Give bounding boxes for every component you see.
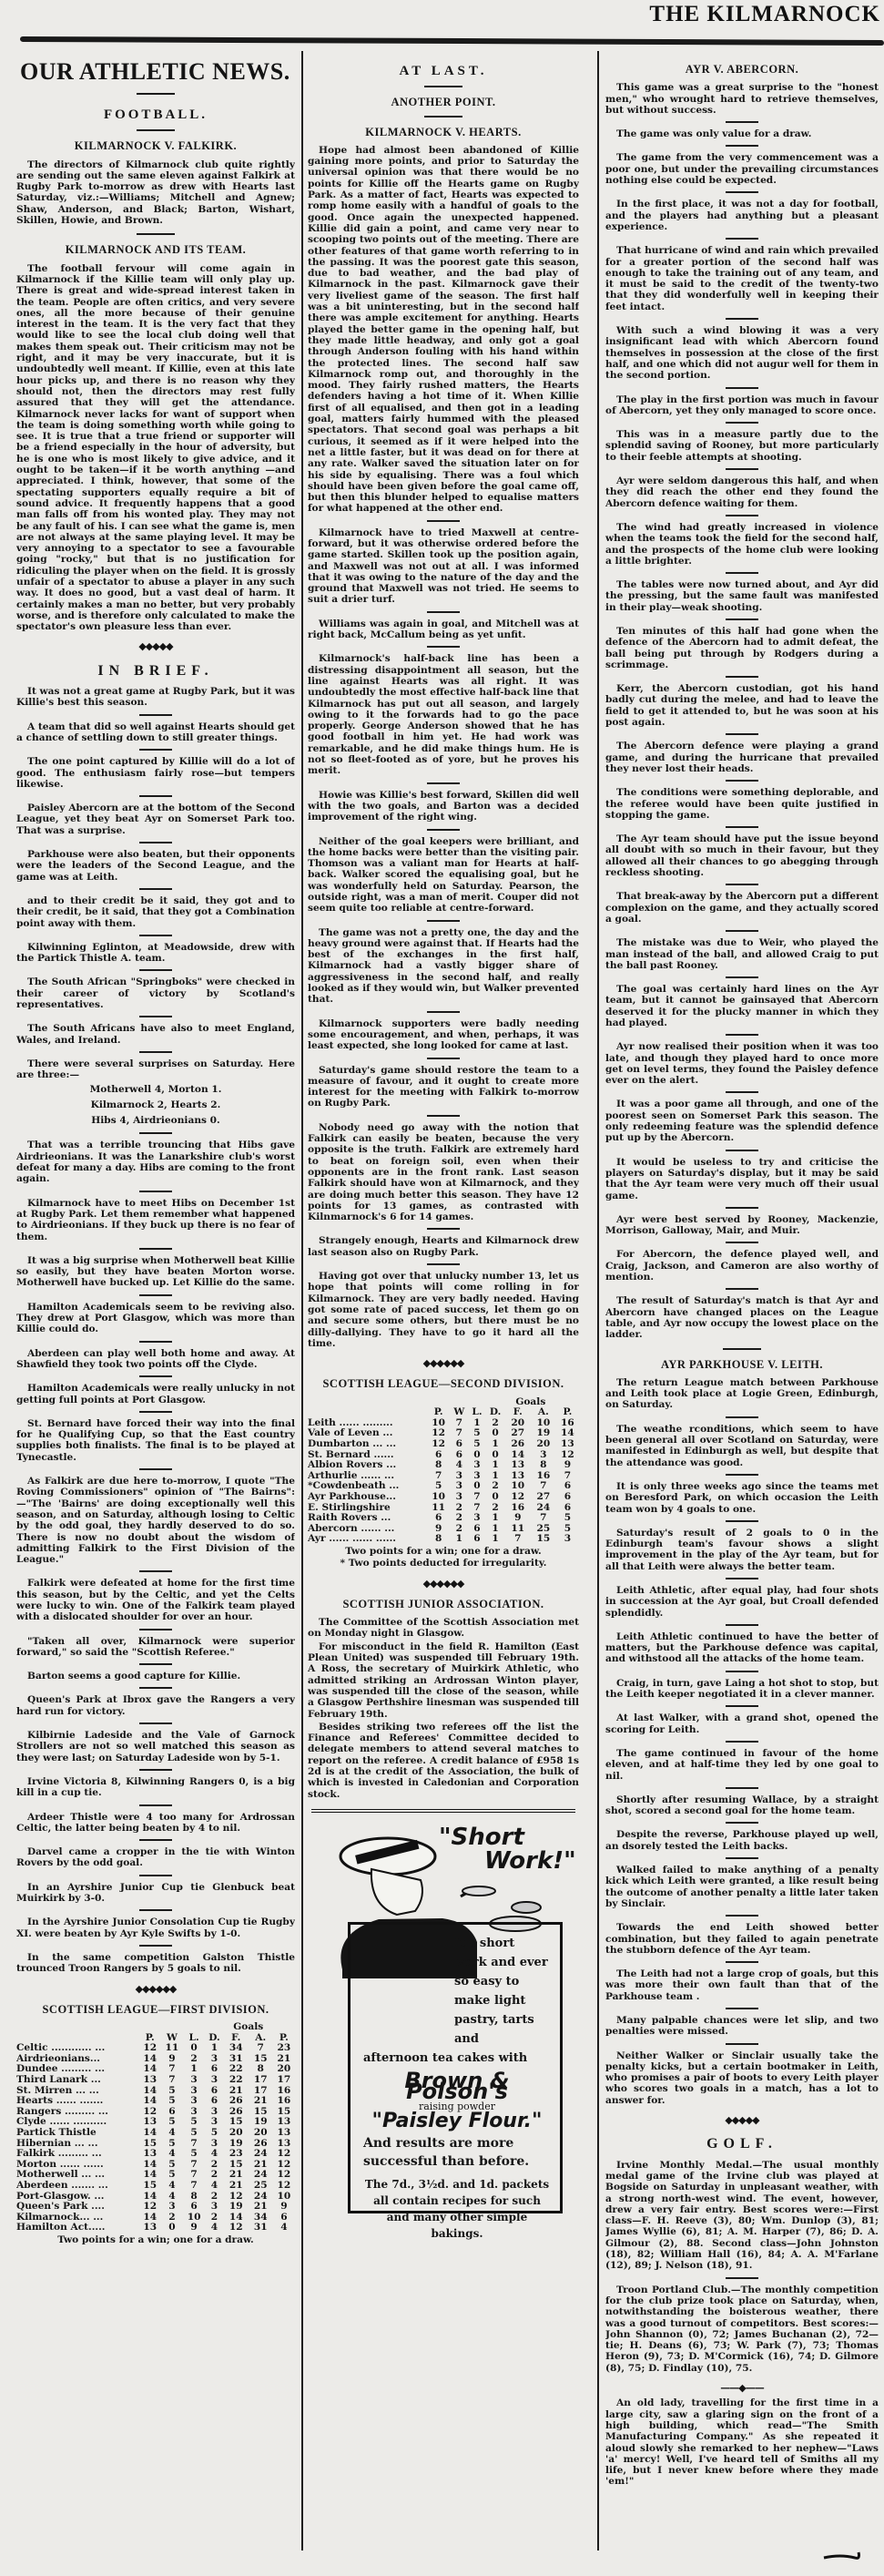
divider: [139, 1294, 172, 1296]
article-paragraph: The play in the first portion was much i…: [605, 394, 879, 417]
stat-cell: 12: [224, 2223, 249, 2234]
table-row: E. Stirlingshire1127216246: [308, 1503, 579, 1514]
stat-cell: 27: [531, 1492, 556, 1503]
ad-body: It's short work and ever so easy to make…: [363, 1934, 551, 2049]
stat-cell: 8: [427, 1534, 450, 1545]
divider: [726, 1705, 758, 1707]
article-paragraph: The goal was certainly hard lines on the…: [605, 984, 879, 1028]
article-paragraph: The tables were now turned about, and Ay…: [605, 579, 879, 613]
stat-cell: 0: [161, 2223, 183, 2234]
divider: [726, 976, 758, 978]
article-paragraph: Saturday's result of 2 goals to 0 in the…: [605, 1528, 879, 1572]
league-table-first-division: GoalsP.WL.D.F.A.P.Celtic ............ ..…: [16, 2022, 295, 2234]
article-paragraph: Nobody need go away with the notion that…: [308, 1122, 579, 1223]
ad-headline-line: Work!": [439, 1849, 576, 1873]
team-name: Clyde ...... ..........: [16, 2117, 139, 2128]
article-paragraph: In the same competition Galston Thistle …: [16, 1952, 295, 1975]
stat-cell: 7: [505, 1534, 531, 1545]
brief-items: It was not a great game at Rugby Park, b…: [16, 686, 295, 1080]
divider: [726, 1288, 758, 1290]
team-name: Leith ...... .........: [308, 1418, 427, 1429]
article-paragraph: At last Walker, with a grand shot, opene…: [605, 1712, 879, 1735]
team-name: Morton ...... ......: [16, 2160, 139, 2171]
stat-cell: 6: [556, 1492, 579, 1503]
team-name: Partick Thistle: [16, 2128, 139, 2139]
divider: [726, 1150, 758, 1151]
stat-cell: 15: [139, 2181, 161, 2192]
heading-kilmarnock-v-hearts: KILMARNOCK v. HEARTS.: [308, 127, 579, 138]
article-paragraph: The game was only value for a draw.: [605, 128, 879, 139]
team-name: Aberdeen ....... ...: [16, 2181, 139, 2192]
team-name: Third Lanark ...: [16, 2075, 139, 2086]
stat-cell: 4: [161, 2181, 183, 2192]
stat-cell: 25: [249, 2181, 273, 2192]
heading-ayr-v-abercorn: AYR V. ABERCORN.: [605, 64, 879, 75]
article-paragraph: Aberdeen can play well both home and awa…: [16, 1348, 295, 1371]
divider: [424, 116, 462, 118]
stat-cell: 3: [450, 1492, 468, 1503]
divider: [139, 1769, 172, 1771]
article-paragraph: Neither Walker or Sinclair usually take …: [605, 2050, 879, 2106]
divider: [139, 888, 172, 890]
stat-cell: 15: [531, 1534, 556, 1545]
divider: [139, 1191, 172, 1192]
article-paragraph: Having got over that unlucky number 13, …: [308, 1271, 579, 1349]
article-paragraph: The directors of Kilmarnock club quite r…: [16, 159, 295, 227]
divider: [427, 1228, 460, 1230]
divider: [139, 1375, 172, 1377]
article-paragraph: Leith Athletic, after equal play, had fo…: [605, 1585, 879, 1619]
article-paragraph: For misconduct in the field R. Hamilton …: [308, 1641, 579, 1720]
article-paragraph: Strangely enough, Hearts and Kilmarnock …: [308, 1235, 579, 1258]
article-paragraph: Kilmarnock have to meet Hibs on December…: [16, 1198, 295, 1242]
divider: [726, 1787, 758, 1789]
article-paragraph: Shortly after resuming Wallace, by a str…: [605, 1794, 879, 1817]
article-paragraph: The Abercorn defence were playing a gran…: [605, 741, 879, 774]
divider: [726, 884, 758, 885]
divider: [139, 749, 172, 751]
team-name: *Cowdenbeath ...: [308, 1481, 427, 1492]
stat-cell: 12: [273, 2181, 295, 2192]
heading-ayr-parkhouse-v-leith: AYR PARKHOUSE V. LEITH.: [605, 1359, 879, 1370]
article-paragraph: Ayr were best served by Rooney, Mackenzi…: [605, 1214, 879, 1237]
ornament-rule: ◆◆◆◆◆◆: [16, 1984, 295, 1995]
article-paragraph: It would be useless to try and criticise…: [605, 1157, 879, 1201]
divider: [726, 1915, 758, 1917]
heading-scottish-junior-association: SCOTTISH JUNIOR ASSOCIATION.: [308, 1599, 579, 1610]
divider: [137, 233, 175, 235]
stat-cell: 1: [450, 1534, 468, 1545]
stat-cell: 14: [139, 2128, 161, 2139]
team-name: Airdrieonians...: [16, 2054, 139, 2065]
ornament-rule: ◆◆◆◆◆: [16, 641, 295, 652]
stat-cell: 4: [205, 2181, 224, 2192]
divider: [726, 1741, 758, 1743]
match-score: Motherwell 4, Morton 1.: [16, 1084, 295, 1096]
divider: [726, 1034, 758, 1036]
team-name: St. Bernard ......: [308, 1450, 427, 1461]
stat-cell: 13: [139, 2075, 161, 2086]
article-paragraph: As Falkirk are due here to-morrow, I quo…: [16, 1476, 295, 1565]
article-paragraph: Ayr now realised their position when it …: [605, 1041, 879, 1086]
team-name: Vale of Leven ...: [308, 1428, 427, 1439]
heading-league-second-division: SCOTTISH LEAGUE—SECOND DIVISION.: [308, 1378, 579, 1389]
divider: [726, 733, 758, 735]
junior-report: The Committee of the Scottish Associatio…: [308, 1617, 579, 1800]
article-paragraph: Craig, in turn, gave Laing a hot shot to…: [605, 1678, 879, 1701]
article-paragraph: It was a big surprise when Motherwell be…: [16, 1255, 295, 1289]
article-paragraph: Williams was again in goal, and Mitchell…: [308, 618, 579, 641]
column-divider: [597, 51, 599, 2550]
stat-cell: 20: [224, 2128, 249, 2139]
team-name: Dumbarton ... ...: [308, 1439, 427, 1450]
table-note: Two points for a win; one for a draw.: [308, 1546, 579, 1557]
table-row: Aberdeen ....... ...15474212512: [16, 2181, 295, 2192]
stat-cell: 26: [505, 1439, 531, 1450]
stat-cell: 17: [273, 2075, 295, 2086]
column-middle: AT LAST. ANOTHER POINT. KILMARNOCK v. HE…: [308, 49, 579, 2571]
divider: [726, 121, 758, 123]
article-paragraph: Many palpable chances were let slip, and…: [605, 2015, 879, 2038]
article-paragraph: Besides striking two referees off the li…: [308, 1722, 579, 1800]
table-row: Ayr ...... ...... ......81617153: [308, 1534, 579, 1545]
team-name: Kilmarnock... ...: [16, 2213, 139, 2223]
article-paragraph: St. Bernard have forced their way into t…: [16, 1418, 295, 1463]
heading-in-brief: IN BRIEF.: [16, 666, 295, 677]
article-paragraph: Hamilton Academicals seem to be reviving…: [16, 1302, 295, 1335]
ad-body: afternoon tea cakes with: [363, 2049, 551, 2068]
divider: [726, 1091, 758, 1093]
article-paragraph: Hope had almost been abandoned of Killie…: [308, 145, 579, 515]
stat-cell: 1: [485, 1439, 504, 1450]
article-paragraph: With such a wind blowing it was a very i…: [605, 325, 879, 381]
article-paragraph: The one point captured by Killie will do…: [16, 756, 295, 790]
divider: [424, 86, 462, 87]
divider: [139, 1663, 172, 1665]
stat-cell: 5: [183, 2128, 205, 2139]
divider: [139, 1945, 172, 1947]
stat-cell: 4: [273, 2223, 295, 2234]
article-paragraph: Irvine Monthly Medal.—The usual monthly …: [605, 2160, 879, 2272]
article-paragraph: The conditions were something deplorable…: [605, 787, 879, 821]
divider: [726, 1624, 758, 1626]
article-paragraph: The Ayr team should have put the issue b…: [605, 833, 879, 878]
article-paragraph: Falkirk were defeated at home for the fi…: [16, 1578, 295, 1622]
divider: [427, 520, 460, 522]
divider: [139, 1722, 172, 1724]
stat-cell: 6: [450, 1439, 468, 1450]
divider: [137, 129, 175, 131]
goals-label: Goals: [224, 2022, 273, 2033]
divider: [427, 782, 460, 784]
divider: [726, 1857, 758, 1859]
team-name: E. Stirlingshire: [308, 1503, 427, 1514]
article-paragraph: That was a terrible trouncing that Hibs …: [16, 1140, 295, 1184]
stat-cell: 6: [468, 1534, 485, 1545]
article-paragraph: The weathe rconditions, which seem to ha…: [605, 1424, 879, 1468]
team-name: Motherwell ... ...: [16, 2170, 139, 2181]
parkhouse-report: The return League match between Parkhous…: [605, 1377, 879, 2106]
divider: [726, 1961, 758, 1963]
article-paragraph: Kilmarnock supporters were badly needing…: [308, 1018, 579, 1052]
match-score: Kilmarnock 2, Hearts 2.: [16, 1099, 295, 1111]
stat-cell: 5: [205, 2128, 224, 2139]
stat-cell: 7: [161, 2075, 183, 2086]
divider: [726, 2008, 758, 2009]
team-name: Dundee ......... ...: [16, 2064, 139, 2075]
section-title-at-last: AT LAST.: [308, 66, 579, 77]
article-paragraph: The game from the very commencement was …: [605, 152, 879, 186]
article-paragraph: The football fervour will come again in …: [16, 263, 295, 633]
column-header: [16, 2033, 139, 2044]
divider: [726, 468, 758, 470]
divider: [139, 1875, 172, 1876]
article-paragraph: Irvine Victoria 8, Kilwinning Rangers 0,…: [16, 1776, 295, 1799]
article-paragraph: The Committee of the Scottish Associatio…: [308, 1617, 579, 1640]
divider: [726, 1242, 758, 1243]
article-paragraph: Parkhouse were also beaten, but their op…: [16, 849, 295, 883]
divider: [139, 1468, 172, 1470]
stat-cell: 1: [485, 1534, 504, 1545]
divider: [139, 1570, 172, 1572]
divider: [726, 1671, 758, 1672]
article-paragraph: In the Ayrshire Junior Consolation Cup t…: [16, 1917, 295, 1939]
stat-cell: 13: [139, 2223, 161, 2234]
section-title-another-point: ANOTHER POINT.: [308, 97, 579, 107]
section-title-football: FOOTBALL.: [16, 109, 295, 120]
divider: [726, 515, 758, 516]
ornament-rule: ◆◆◆◆◆◆: [308, 1358, 579, 1369]
divider: [726, 422, 758, 424]
article-paragraph: Kilbirnie Ladeside and the Vale of Garno…: [16, 1730, 295, 1763]
divider: [726, 2277, 758, 2279]
article-paragraph: Ayr were seldom dangerous this half, and…: [605, 475, 879, 509]
column-right: AYR V. ABERCORN. This game was a great s…: [605, 49, 879, 2571]
stat-cell: 0: [485, 1492, 504, 1503]
page-title: OUR ATHLETIC NEWS.: [16, 58, 295, 86]
ad-product: "Paisley Flour.": [363, 2116, 551, 2127]
article-paragraph: Barton seems a good capture for Killie.: [16, 1671, 295, 1682]
divider: [726, 826, 758, 828]
heading-kilmarnock-v-falkirk: KILMARNOCK v. FALKIRK.: [16, 140, 295, 151]
article-paragraph: Towards the end Leith showed better comb…: [605, 1922, 879, 1956]
article-paragraph: The return League match between Parkhous…: [605, 1377, 879, 1411]
ornament-rule: ——◆——: [605, 2383, 879, 2394]
stat-cell: 10: [427, 1492, 450, 1503]
article-paragraph: Darvel came a cropper in the tie with Wi…: [16, 1846, 295, 1869]
heading-golf: GOLF.: [605, 2139, 879, 2150]
stat-cell: 12: [505, 1492, 531, 1503]
stat-cell: 17: [249, 2075, 273, 2086]
ornament-rule: ◆◆◆◆◆: [605, 2115, 879, 2126]
divider: [139, 1839, 172, 1841]
team-name: Ayr ...... ...... ......: [308, 1534, 427, 1545]
match-score: Hibs 4, Airdrieonians 0.: [16, 1115, 295, 1127]
table-row: Hamilton Act.....1309412314: [16, 2223, 295, 2234]
article-paragraph: Despite the reverse, Parkhouse played up…: [605, 1829, 879, 1852]
stat-cell: 3: [205, 2075, 224, 2086]
article-paragraph: It was not a great game at Rugby Park, b…: [16, 686, 295, 709]
divider: [427, 611, 460, 613]
column-header: [308, 1407, 427, 1418]
divider: [139, 1248, 172, 1250]
heading-kilmarnock-and-its-team: KILMARNOCK AND ITS TEAM.: [16, 244, 295, 255]
divider: [726, 1207, 758, 1209]
table-row: Partick Thistle14455202013: [16, 2128, 295, 2139]
advertisement-brown-polson: "Short Work!" It's short work and ever s…: [311, 1809, 575, 2219]
article-paragraph: Leith Athletic continued to have the bet…: [605, 1631, 879, 1665]
stat-cell: 3: [183, 2075, 205, 2086]
stat-cell: 22: [224, 2075, 249, 2086]
article-paragraph: The South Africans have also to meet Eng…: [16, 1023, 295, 1046]
divider: [139, 1687, 172, 1689]
divider: [726, 2043, 758, 2045]
article-paragraph: Paisley Abercorn are at the bottom of th…: [16, 802, 295, 836]
article-paragraph: The Leith had not a large crop of goals,…: [605, 1968, 879, 2002]
article-paragraph: Saturday's game should restore the team …: [308, 1065, 579, 1109]
divider: [427, 1058, 460, 1059]
divider: [427, 1263, 460, 1265]
article-paragraph: That break-away by the Abercorn put a di…: [605, 891, 879, 925]
team-name: Rangers ......... ...: [16, 2107, 139, 2118]
stat-cell: 12: [427, 1439, 450, 1450]
article-paragraph: It was a poor game all through, and one …: [605, 1099, 879, 1143]
divider: [726, 318, 758, 320]
newspaper-page: THE KILMARNOCK OUR ATHLETIC NEWS. FOOTBA…: [0, 0, 884, 2576]
team-name: Celtic ............ ...: [16, 2043, 139, 2054]
divider: [726, 387, 758, 389]
divider: [427, 1011, 460, 1013]
anecdote-paragraph: An old lady, travelling for the first ti…: [605, 2397, 879, 2487]
team-name: Abercorn ...... ...: [308, 1524, 427, 1535]
divider: [139, 1341, 172, 1343]
divider: [139, 935, 172, 936]
divider: [726, 191, 758, 193]
table-goals-header: Goals: [16, 2022, 295, 2033]
divider: [427, 829, 460, 831]
stat-cell: 31: [249, 2223, 273, 2234]
article-paragraph: For Abercorn, the defence played well, a…: [605, 1249, 879, 1283]
divider: [139, 1016, 172, 1017]
column-divider: [301, 51, 303, 2550]
ad-packets: The 7d., 3½d. and 1d. packets all contai…: [363, 2176, 551, 2242]
divider: [726, 1416, 758, 1418]
ad-brand: Brown & Polson's: [363, 2075, 551, 2098]
stat-cell: 7: [468, 1492, 485, 1503]
divider: [726, 1474, 758, 1476]
divider: [427, 920, 460, 922]
stat-cell: 5: [468, 1439, 485, 1450]
divider: [726, 1520, 758, 1522]
article-paragraph: Walked failed to make anything of a pena…: [605, 1865, 879, 1909]
article-paragraph: The wind had greatly increased in violen…: [605, 522, 879, 567]
team-name: Raith Rovers ...: [308, 1513, 427, 1524]
stat-cell: 20: [249, 2128, 273, 2139]
article-paragraph: In an Ayrshire Junior Cup tie Glenbuck b…: [16, 1882, 295, 1905]
team-name: Hearts ...... .......: [16, 2096, 139, 2107]
article-paragraph: Hamilton Academicals were really unlucky…: [16, 1383, 295, 1406]
table-note: Two points for a win; one for a draw.: [16, 2234, 295, 2245]
article-paragraph: Kerr, the Abercorn custodian, got his ha…: [605, 683, 879, 728]
divider: [726, 1822, 758, 1824]
article-paragraph: and to their credit be it said, they got…: [16, 895, 295, 929]
article-paragraph: Kilmarnock's half-back line has been a d…: [308, 653, 579, 776]
top-rule: [20, 36, 884, 46]
divider: [726, 572, 758, 574]
article-paragraph: That hurricane of wind and rain which pr…: [605, 245, 879, 312]
divider: [726, 930, 758, 932]
divider: [137, 93, 175, 95]
team-name: Albion Rovers ...: [308, 1460, 427, 1471]
table-row: Arthurlie ...... ...733113167: [308, 1471, 579, 1482]
article-paragraph: Troon Portland Club.—The monthly competi…: [605, 2285, 879, 2374]
team-name: Arthurlie ...... ...: [308, 1471, 427, 1482]
article-paragraph: It is only three weeks ago since the tea…: [605, 1481, 879, 1515]
divider: [139, 1051, 172, 1053]
table-row: Ayr Parkhouse...1037012276: [308, 1492, 579, 1503]
ad-result: And results are more successful than bef…: [363, 2134, 551, 2171]
table-note: * Two points deducted for irregularity.: [308, 1558, 579, 1569]
flourish-ornament-icon: [822, 2547, 864, 2563]
divider: [726, 676, 758, 678]
stat-cell: 3: [556, 1534, 579, 1545]
divider: [139, 1629, 172, 1630]
stat-cell: 4: [205, 2223, 224, 2234]
article-paragraph: In the first place, it was not a day for…: [605, 199, 879, 232]
divider: [139, 1909, 172, 1911]
article-paragraph: Neither of the goal keepers were brillia…: [308, 836, 579, 915]
article-paragraph: Ardeer Thistle were 4 too many for Ardro…: [16, 1812, 295, 1835]
article-paragraph: Queen's Park at Ibrox gave the Rangers a…: [16, 1694, 295, 1717]
stat-cell: 20: [531, 1439, 556, 1450]
divider: [427, 646, 460, 648]
stat-cell: 13: [273, 2128, 295, 2139]
team-name: Queen's Park ....: [16, 2202, 139, 2213]
table-row: Dumbarton ... ...12651262013: [308, 1439, 579, 1450]
ornament-rule: ◆◆◆◆◆◆: [308, 1579, 579, 1590]
article-paragraph: The game was not a pretty one, the day a…: [308, 927, 579, 1006]
article-paragraph: The mistake was due to Weir, who played …: [605, 937, 879, 971]
stat-cell: 9: [183, 2223, 205, 2234]
article-paragraph: There were several surprises on Saturday…: [16, 1058, 295, 1081]
team-name: Port-Glasgow. ...: [16, 2192, 139, 2203]
score-list: Motherwell 4, Morton 1.Kilmarnock 2, Hea…: [16, 1084, 295, 1127]
table-row: Third Lanark ...13733221717: [16, 2075, 295, 2086]
divider: [726, 145, 758, 147]
article-paragraph: A team that did so well against Hearts s…: [16, 721, 295, 744]
stat-cell: 21: [224, 2181, 249, 2192]
article-paragraph: "Taken all over, Kilmarnock were superio…: [16, 1636, 295, 1659]
hearts-report: Hope had almost been abandoned of Killie…: [308, 145, 579, 1349]
team-name: Hibernian ... ...: [16, 2139, 139, 2150]
divider: [726, 618, 758, 620]
article-paragraph: Howie was Killie's best forward, Skillen…: [308, 790, 579, 823]
divider: [427, 1115, 460, 1117]
divider: [726, 780, 758, 782]
divider: [723, 1348, 761, 1350]
divider: [726, 238, 758, 240]
masthead: THE KILMARNOCK: [649, 2, 880, 27]
divider: [139, 1411, 172, 1413]
ad-text-box: It's short work and ever so easy to make…: [348, 1922, 563, 2213]
brief-items: That was a terrible trouncing that Hibs …: [16, 1132, 295, 1974]
divider: [139, 714, 172, 716]
article-paragraph: This was in a measure partly due to the …: [605, 429, 879, 463]
article-paragraph: The game continued in favour of the home…: [605, 1748, 879, 1782]
heading-league-first-division: SCOTTISH LEAGUE—FIRST DIVISION.: [16, 2004, 295, 2015]
article-paragraph: This game was a great surprise to the "h…: [605, 82, 879, 116]
team-name: St. Mirren ... ...: [16, 2086, 139, 2097]
